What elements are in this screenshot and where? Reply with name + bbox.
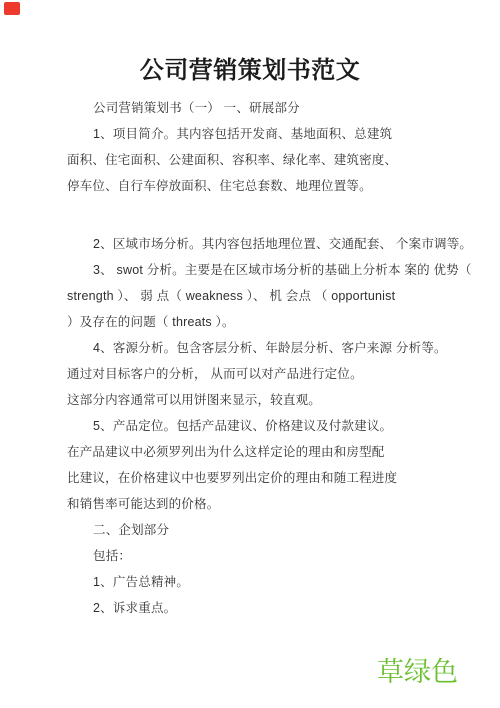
document-page: { "colors": { "corner_red": "#ee3a2d", "… — [0, 0, 500, 708]
watermark-text: 草绿色 — [377, 655, 458, 689]
document-body: 公司营销策划书（一） 一、研展部分 1、项目简介。其内容包括开发商、基地面积、总… — [0, 95, 500, 621]
doc-line: 通过对目标客户的分析， 从而可以对产品进行定位。 — [0, 361, 500, 387]
corner-red-mark — [4, 2, 20, 15]
doc-line: 包括： — [0, 543, 500, 569]
doc-line: 二、企划部分 — [0, 517, 500, 543]
doc-line: 公司营销策划书（一） 一、研展部分 — [0, 95, 500, 121]
doc-line: 3、 swot 分析。主要是在区域市场分析的基础上分析本 案的 优势（ — [0, 257, 500, 283]
doc-line: 停车位、自行车停放面积、住宅总套数、地理位置等。 — [0, 173, 500, 199]
doc-line: 在产品建议中必须罗列出为什么这样定论的理由和房型配 — [0, 439, 500, 465]
doc-line: strength ）、 弱 点（ weakness ）、 机 会点 （ oppo… — [0, 283, 500, 309]
doc-line: 这部分内容通常可以用饼图来显示，较直观。 — [0, 387, 500, 413]
doc-line: ）及存在的问题（ threats ）。 — [0, 309, 500, 335]
page-title: 公司营销策划书范文 — [0, 55, 500, 87]
doc-line: 和销售率可能达到的价格。 — [0, 491, 500, 517]
doc-line: 2、区域市场分析。其内容包括地理位置、交通配套、 个案市调等。 — [0, 231, 500, 257]
paragraph-gap — [0, 199, 500, 231]
doc-line: 1、项目简介。其内容包括开发商、基地面积、总建筑 — [0, 121, 500, 147]
doc-line: 2、诉求重点。 — [0, 595, 500, 621]
doc-line: 1、广告总精神。 — [0, 569, 500, 595]
doc-line: 4、客源分析。包含客层分析、年龄层分析、客户来源 分析等。 — [0, 335, 500, 361]
doc-line: 面积、住宅面积、公建面积、容积率、绿化率、建筑密度、 — [0, 147, 500, 173]
doc-line: 5、产品定位。包括产品建议、价格建议及付款建议。 — [0, 413, 500, 439]
doc-line: 比建议，在价格建议中也要罗列出定价的理由和随工程进度 — [0, 465, 500, 491]
